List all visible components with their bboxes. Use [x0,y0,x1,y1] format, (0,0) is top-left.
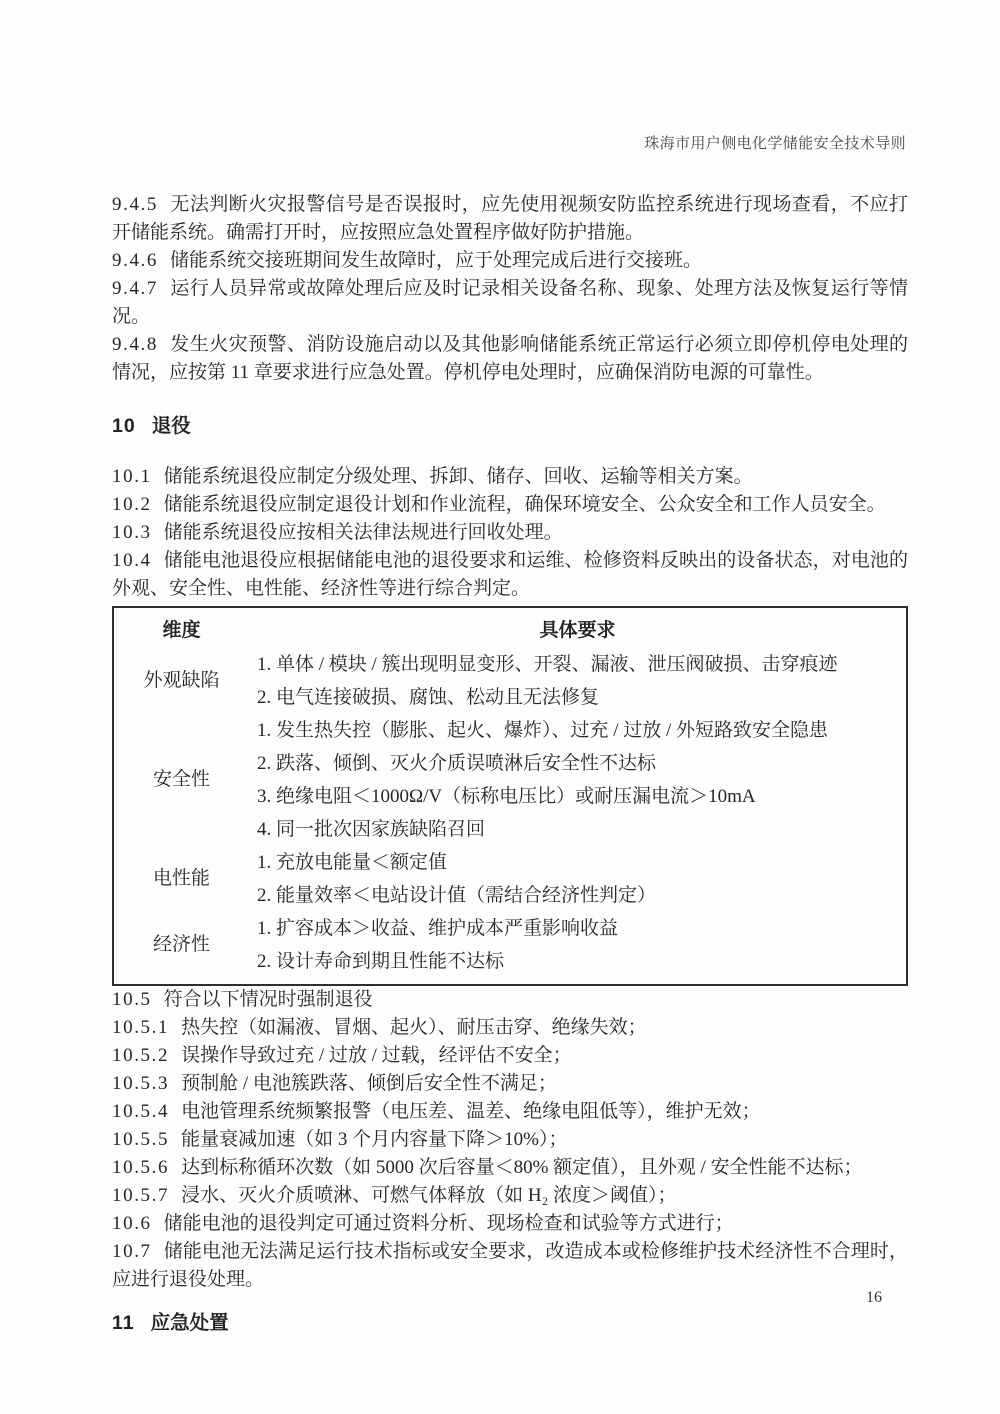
clause-paragraph: 10.4储能电池退役应根据储能电池的退役要求和运维、检修资料反映出的设备状态，对… [112,547,908,603]
clause-text: 符合以下情况时强制退役 [164,989,373,1010]
document-body: 9.4.5无法判断火灾报警信号是否误报时，应先使用视频安防监控系统进行现场查看，… [112,191,908,1337]
dimension-cell: 安全性 [114,766,249,794]
clause-text: 储能系统退役应制定退役计划和作业流程，确保环境安全、公众安全和工作人员安全。 [164,494,886,515]
requirement-item: 2. 能量效率＜电站设计值（需结合经济性判定） [249,879,906,912]
clause-number: 10.1 [112,466,164,487]
clause-number: 10.4 [112,550,164,571]
table-bottom-padding [114,978,906,984]
clause-number: 10.7 [112,1241,164,1262]
clause-text: 达到标称循环次数（如 5000 次后容量＜80% 额定值），且外观 / 安全性能… [181,1157,862,1178]
requirement-item: 1. 发生热失控（膨胀、起火、爆炸）、过充 / 过放 / 外短路致安全隐患 [249,714,906,747]
requirements-cell: 1. 单体 / 模块 / 簇出现明显变形、开裂、漏液、泄压阀破损、击穿痕迹 2.… [249,648,906,714]
clause-paragraph: 10.5.1热失控（如漏液、冒烟、起火）、耐压击穿、绝缘失效； [112,1014,908,1042]
clause-paragraph: 10.3储能系统退役应按相关法律法规进行回收处理。 [112,519,908,547]
clause-paragraph: 9.4.7运行人员异常或故障处理后应及时记录相关设备名称、现象、处理方法及恢复运… [112,275,908,331]
requirements-cell: 1. 充放电能量＜额定值 2. 能量效率＜电站设计值（需结合经济性判定） [249,846,906,912]
section-heading-emergency: 11应急处置 [112,1309,908,1337]
clause-number: 10.5.2 [112,1045,181,1066]
table-row-safety: 安全性 1. 发生热失控（膨胀、起火、爆炸）、过充 / 过放 / 外短路致安全隐… [114,714,906,846]
clause-text: 误操作导致过充 / 过放 / 过载，经评估不安全； [181,1045,572,1066]
requirement-item: 2. 电气连接破损、腐蚀、松动且无法修复 [249,681,906,714]
clause-text: 无法判断火灾报警信号是否误报时，应先使用视频安防监控系统进行现场查看，不应打开储… [112,194,908,243]
section-number: 11 [112,1312,151,1334]
clause-text: 储能系统退役应制定分级处理、拆卸、储存、回收、运输等相关方案。 [164,466,753,487]
clause-number: 9.4.5 [112,194,170,215]
requirement-item: 4. 同一批次因家族缺陷召回 [249,813,906,846]
clause-paragraph: 9.4.6储能系统交接班期间发生故障时，应于处理完成后进行交接班。 [112,247,908,275]
clause-number: 10.5.7 [112,1185,181,1206]
requirement-item: 2. 设计寿命到期且性能不达标 [249,945,906,978]
requirement-item: 1. 单体 / 模块 / 簇出现明显变形、开裂、漏液、泄压阀破损、击穿痕迹 [249,648,906,681]
clause-text: 储能电池无法满足运行技术指标或安全要求，改造成本或检修维护技术经济性不合理时，应… [112,1241,908,1290]
clause-paragraph: 10.5.5能量衰减加速（如 3 个月内容量下降＞10%）； [112,1126,908,1154]
clause-paragraph: 9.4.8发生火灾预警、消防设施启动以及其他影响储能系统正常运行必须立即停机停电… [112,331,908,387]
table-row-appearance-defects: 外观缺陷 1. 单体 / 模块 / 簇出现明显变形、开裂、漏液、泄压阀破损、击穿… [114,648,906,714]
clause-text: 运行人员异常或故障处理后应及时记录相关设备名称、现象、处理方法及恢复运行等情况。 [112,278,908,327]
clause-number: 9.4.6 [112,250,170,271]
section-title: 退役 [152,415,191,437]
dimension-cell: 外观缺陷 [114,667,249,695]
clause-paragraph: 10.5.6达到标称循环次数（如 5000 次后容量＜80% 额定值），且外观 … [112,1154,908,1182]
table-row-economy: 经济性 1. 扩容成本＞收益、维护成本严重影响收益 2. 设计寿命到期且性能不达… [114,912,906,978]
clause-number: 10.6 [112,1213,164,1234]
page-number: 16 [866,1289,882,1307]
clause-paragraph: 10.5.4电池管理系统频繁报警（电压差、温差、绝缘电阻低等），维护无效； [112,1098,908,1126]
clause-paragraph: 9.4.5无法判断火灾报警信号是否误报时，应先使用视频安防监控系统进行现场查看，… [112,191,908,247]
requirement-item: 2. 跌落、倾倒、灭火介质误喷淋后安全性不达标 [249,747,906,780]
clause-text: 热失控（如漏液、冒烟、起火）、耐压击穿、绝缘失效； [181,1017,647,1038]
clause-paragraph: 10.5.3预制舱 / 电池簇跌落、倾倒后安全性不满足； [112,1070,908,1098]
section-number: 10 [112,415,152,437]
clause-text: 预制舱 / 电池簇跌落、倾倒后安全性不满足； [181,1073,557,1094]
clause-number: 10.5.6 [112,1157,181,1178]
table-row-electrical-performance: 电性能 1. 充放电能量＜额定值 2. 能量效率＜电站设计值（需结合经济性判定） [114,846,906,912]
clause-number: 10.3 [112,522,164,543]
clause-number: 10.5.5 [112,1129,181,1150]
clause-number: 10.5 [112,989,164,1010]
document-page: 珠海市用户侧电化学储能安全技术导则 9.4.5无法判断火灾报警信号是否误报时，应… [0,0,1000,1414]
clause-number: 9.4.7 [112,278,170,299]
document-header-title: 珠海市用户侧电化学储能安全技术导则 [644,132,906,153]
clause-text: 浸水、灭火介质喷淋、可燃气体释放（如 H₂ 浓度＞阈值）； [181,1185,676,1206]
clause-paragraph: 10.2储能系统退役应制定退役计划和作业流程，确保环境安全、公众安全和工作人员安… [112,491,908,519]
clause-number: 10.5.4 [112,1101,181,1122]
clause-paragraph: 10.5.7浸水、灭火介质喷淋、可燃气体释放（如 H₂ 浓度＞阈值）； [112,1182,908,1210]
clause-number: 10.5.3 [112,1073,181,1094]
clause-paragraph: 10.5符合以下情况时强制退役 [112,986,908,1014]
requirement-item: 1. 充放电能量＜额定值 [249,846,906,879]
battery-retirement-criteria-table: 维度 具体要求 外观缺陷 1. 单体 / 模块 / 簇出现明显变形、开裂、漏液、… [112,606,908,986]
clause-text: 储能电池的退役判定可通过资料分析、现场检查和试验等方式进行； [164,1213,734,1234]
requirement-item: 3. 绝缘电阻＜1000Ω/V（标称电压比）或耐压漏电流＞10mA [249,780,906,813]
table-header-requirements: 具体要求 [249,617,906,645]
section-title: 应急处置 [151,1312,229,1334]
dimension-cell: 电性能 [114,865,249,893]
section-heading-retirement: 10退役 [112,412,908,440]
requirement-item: 1. 扩容成本＞收益、维护成本严重影响收益 [249,912,906,945]
dimension-cell: 经济性 [114,931,249,959]
clause-paragraph: 10.5.2误操作导致过充 / 过放 / 过载，经评估不安全； [112,1042,908,1070]
clause-text: 储能系统交接班期间发生故障时，应于处理完成后进行交接班。 [170,250,702,271]
clause-text: 发生火灾预警、消防设施启动以及其他影响储能系统正常运行必须立即停机停电处理的情况… [112,334,908,383]
requirements-cell: 1. 扩容成本＞收益、维护成本严重影响收益 2. 设计寿命到期且性能不达标 [249,912,906,978]
clause-text: 储能系统退役应按相关法律法规进行回收处理。 [164,522,563,543]
clause-paragraph: 10.1储能系统退役应制定分级处理、拆卸、储存、回收、运输等相关方案。 [112,463,908,491]
clause-text: 储能电池退役应根据储能电池的退役要求和运维、检修资料反映出的设备状态，对电池的外… [112,550,908,599]
clause-paragraph: 10.7储能电池无法满足运行技术指标或安全要求，改造成本或检修维护技术经济性不合… [112,1238,908,1294]
clause-number: 10.2 [112,494,164,515]
clause-paragraph: 10.6储能电池的退役判定可通过资料分析、现场检查和试验等方式进行； [112,1210,908,1238]
clause-number: 10.5.1 [112,1017,181,1038]
requirements-cell: 1. 发生热失控（膨胀、起火、爆炸）、过充 / 过放 / 外短路致安全隐患 2.… [249,714,906,846]
clause-text: 电池管理系统频繁报警（电压差、温差、绝缘电阻低等），维护无效； [181,1101,761,1122]
table-header-dimension: 维度 [114,617,249,645]
clause-number: 9.4.8 [112,334,170,355]
clause-text: 能量衰减加速（如 3 个月内容量下降＞10%）； [181,1129,567,1150]
table-header-row: 维度 具体要求 [114,608,906,648]
